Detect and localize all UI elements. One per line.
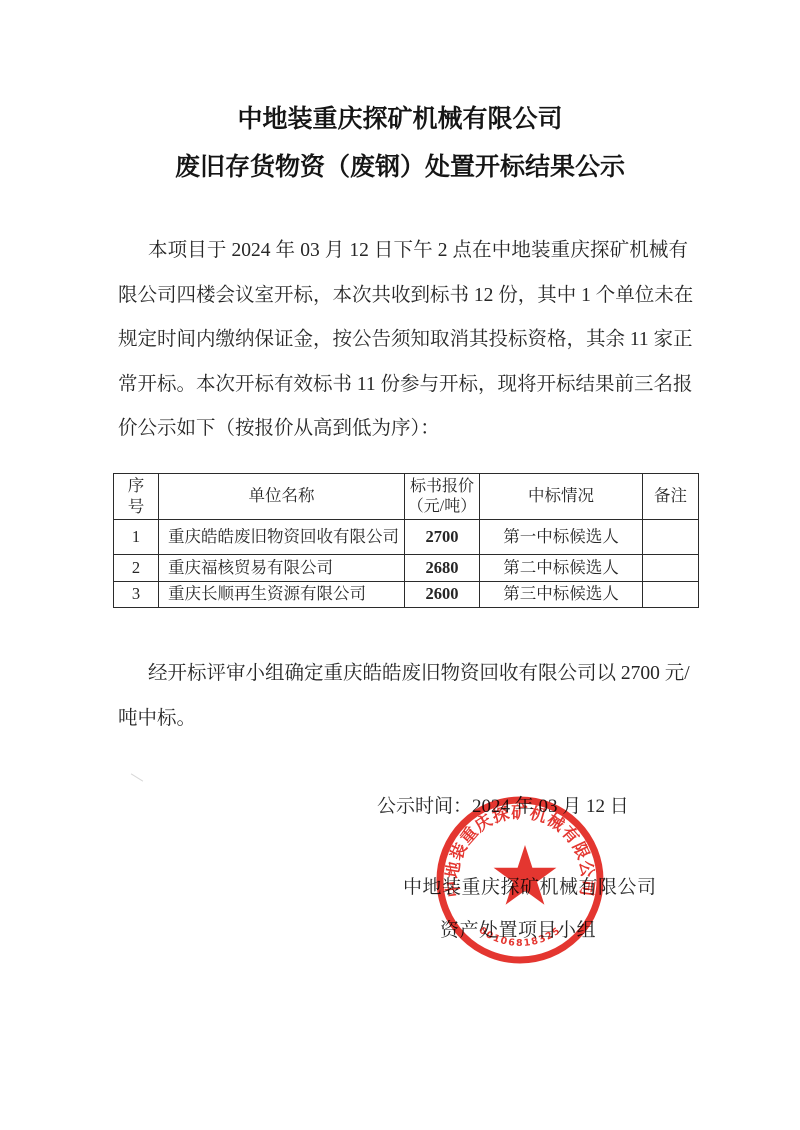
cell-company-name: 重庆皓皓废旧物资回收有限公司	[159, 520, 405, 555]
header-serial-number: 序号	[114, 474, 159, 520]
seal-star-icon	[494, 845, 557, 905]
cell-bid-price: 2700	[405, 520, 480, 555]
table-row: 1 重庆皓皓废旧物资回收有限公司 2700 第一中标候选人	[114, 520, 699, 555]
paragraph-line: 价公示如下（按报价从高到低为序）：	[118, 407, 688, 452]
paragraph-line: 规定时间内缴纳保证金，按公告须知取消其投标资格，其余 11 家正	[118, 318, 688, 363]
cell-remark	[643, 520, 699, 555]
faint-scan-mark	[131, 773, 143, 781]
paragraph-line: 限公司四楼会议室开标，本次共收到标书 12 份，其中 1 个单位未在	[118, 274, 688, 319]
cell-award-status: 第二中标候选人	[480, 555, 643, 582]
cell-remark	[643, 555, 699, 582]
document-page: 中地装重庆探矿机械有限公司 废旧存货物资（废钢）处置开标结果公示 本项目于 20…	[0, 0, 800, 1130]
table-row: 2 重庆福核贸易有限公司 2680 第二中标候选人	[114, 555, 699, 582]
document-title-company: 中地装重庆探矿机械有限公司	[0, 99, 800, 135]
cell-company-name: 重庆福核贸易有限公司	[159, 555, 405, 582]
conclusion-paragraph: 经开标评审小组确定重庆皓皓废旧物资回收有限公司以 2700 元/ 吨中标。	[118, 652, 688, 741]
cell-company-name: 重庆长顺再生资源有限公司	[159, 582, 405, 608]
bid-results-table: 序号 单位名称 标书报价（元/吨） 中标情况 备注 1 重庆皓皓废旧物资回收有限…	[113, 473, 699, 608]
company-seal-stamp: 中地装重庆探矿机械有限公司 5001068183254	[425, 785, 615, 975]
paragraph-line: 本项目于 2024 年 03 月 12 日下午 2 点在中地装重庆探矿机械有	[118, 229, 688, 274]
document-title-subject: 废旧存货物资（废钢）处置开标结果公示	[0, 147, 800, 183]
cell-award-status: 第一中标候选人	[480, 520, 643, 555]
header-company-name: 单位名称	[159, 474, 405, 520]
header-bid-price: 标书报价（元/吨）	[405, 474, 480, 520]
cell-bid-price: 2600	[405, 582, 480, 608]
cell-serial-number: 1	[114, 520, 159, 555]
table-row: 3 重庆长顺再生资源有限公司 2600 第三中标候选人	[114, 582, 699, 608]
cell-serial-number: 2	[114, 555, 159, 582]
cell-serial-number: 3	[114, 582, 159, 608]
intro-paragraph: 本项目于 2024 年 03 月 12 日下午 2 点在中地装重庆探矿机械有 限…	[118, 229, 688, 452]
paragraph-line: 常开标。本次开标有效标书 11 份参与开标，现将开标结果前三名报	[118, 363, 688, 408]
header-remark: 备注	[643, 474, 699, 520]
header-award-status: 中标情况	[480, 474, 643, 520]
cell-remark	[643, 582, 699, 608]
paragraph-line: 经开标评审小组确定重庆皓皓废旧物资回收有限公司以 2700 元/	[118, 652, 688, 697]
table-header-row: 序号 单位名称 标书报价（元/吨） 中标情况 备注	[114, 474, 699, 520]
cell-award-status: 第三中标候选人	[480, 582, 643, 608]
paragraph-line: 吨中标。	[118, 697, 688, 742]
cell-bid-price: 2680	[405, 555, 480, 582]
